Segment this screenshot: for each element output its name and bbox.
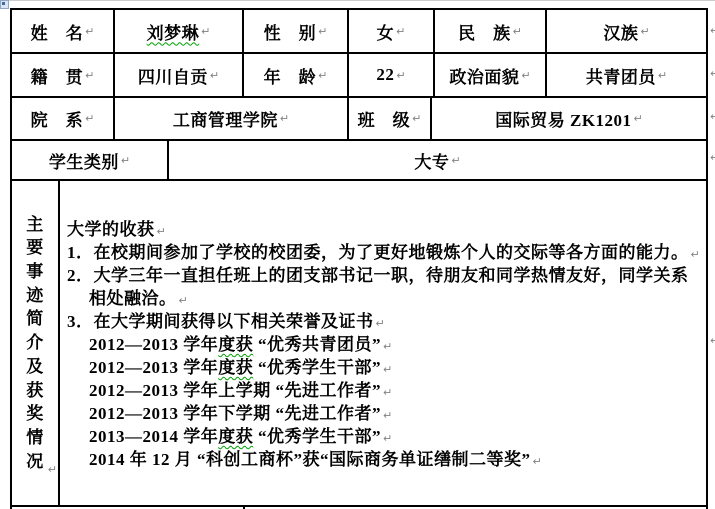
achievements-content-cell[interactable]: 大学的收获↵ 1．在校期间参加了学校的校团委，为了更好地锻炼个人的交际等各方面的…	[60, 181, 706, 505]
political-status-label-cell[interactable]: 政治面貌↵	[435, 54, 547, 96]
pilcrow-return-icon: ↵	[396, 26, 405, 37]
class-value: 国际贸易 ZK1201	[495, 106, 631, 131]
award-line: 2012—2013 学年下学期 “先进工作者”↵	[89, 402, 700, 425]
pilcrow-return-icon: ↵	[640, 26, 649, 37]
word-document-page: 姓 名↵ 刘梦琳↵ 性 别↵ 女↵ 民 族↵ 汉族↵ 籍 贯↵ 四川自贡↵ 年 …	[0, 0, 715, 509]
award-line: 2012—2013 学年上学期 “先进工作者”↵	[89, 379, 700, 402]
native-place-value-cell[interactable]: 四川自贡↵	[115, 54, 244, 96]
name-value-cell[interactable]: 刘梦琳↵	[115, 10, 244, 52]
award-line: 2013—2014 学年度获 “优秀学生干部”↵	[89, 425, 700, 448]
pilcrow-return-icon: ↵	[210, 70, 219, 81]
native-place-label-cell[interactable]: 籍 贯↵	[12, 54, 115, 96]
pilcrow-return-icon: ↵	[412, 113, 421, 124]
native-place-label: 籍 贯	[31, 63, 84, 88]
gender-label: 性 别	[264, 19, 317, 44]
achievements-label-cell[interactable]: 主 要 事 迹 简 介 及 获 奖 情 况 ↵	[12, 181, 60, 505]
age-label: 年 龄	[264, 63, 317, 88]
award-line: 2014 年 12 月 “科创工商杯”获“国际商务单证缮制二等奖”↵	[89, 448, 700, 471]
student-category-label: 学生类别	[49, 148, 119, 173]
award-line: 2012—2013 学年度获 “优秀学生干部”↵	[89, 356, 700, 379]
ethnicity-value: 汉族	[603, 19, 638, 44]
pilcrow-return-icon: ↵	[710, 334, 715, 347]
pilcrow-return-icon: ↵	[634, 113, 643, 124]
pilcrow-return-icon: ↵	[513, 26, 522, 37]
table-row: 姓 名↵ 刘梦琳↵ 性 别↵ 女↵ 民 族↵ 汉族↵	[12, 10, 706, 54]
age-label-cell[interactable]: 年 龄↵	[244, 54, 349, 96]
department-value: 工商管理学院	[173, 106, 278, 131]
student-category-label-cell[interactable]: 学生类别↵	[12, 141, 169, 179]
pilcrow-return-icon: ↵	[396, 70, 405, 81]
student-category-value-cell[interactable]: 大专↵	[169, 141, 706, 179]
pilcrow-return-icon: ↵	[85, 26, 94, 37]
pilcrow-return-icon: ↵	[157, 225, 166, 238]
pilcrow-return-icon: ↵	[48, 464, 57, 475]
pilcrow-return-icon: ↵	[691, 248, 700, 261]
achievements-line: 1．在校期间参加了学校的校团委，为了更好地锻炼个人的交际等各方面的能力。↵	[67, 241, 700, 264]
student-info-table: 姓 名↵ 刘梦琳↵ 性 别↵ 女↵ 民 族↵ 汉族↵ 籍 贯↵ 四川自贡↵ 年 …	[10, 8, 708, 509]
gender-value: 女	[377, 19, 395, 44]
pilcrow-return-icon: ↵	[383, 340, 392, 353]
table-row: 学生类别↵ 大专↵	[12, 141, 706, 181]
table-row: 籍 贯↵ 四川自贡↵ 年 龄↵ 22↵ 政治面貌↵ 共青团员↵	[12, 54, 706, 98]
ethnicity-label-cell[interactable]: 民 族↵	[435, 10, 547, 52]
page-top-divider	[0, 0, 715, 1]
political-status-label: 政治面貌	[449, 63, 519, 88]
pilcrow-return-icon: ↵	[318, 26, 327, 37]
name-label-cell[interactable]: 姓 名↵	[12, 10, 115, 52]
pilcrow-return-icon: ↵	[521, 70, 530, 81]
class-label-cell[interactable]: 班 级↵	[349, 98, 432, 139]
table-row: 院 系↵ 工商管理学院↵ 班 级↵ 国际贸易 ZK1201↵	[12, 98, 706, 141]
achievements-line: 大学的收获↵	[67, 218, 700, 241]
student-category-value: 大专	[414, 148, 449, 173]
table-move-handle-icon[interactable]	[0, 0, 9, 9]
pilcrow-return-icon: ↵	[451, 155, 460, 166]
pilcrow-return-icon: ↵	[383, 409, 392, 422]
pilcrow-return-icon: ↵	[710, 151, 715, 164]
age-value: 22	[376, 65, 394, 85]
class-label: 班 级	[358, 106, 411, 131]
pilcrow-return-icon: ↵	[658, 70, 667, 81]
pilcrow-return-icon: ↵	[710, 24, 715, 37]
age-value-cell[interactable]: 22↵	[349, 54, 435, 96]
pilcrow-return-icon: ↵	[383, 432, 392, 445]
department-label-cell[interactable]: 院 系↵	[12, 98, 115, 139]
class-value-cell[interactable]: 国际贸易 ZK1201↵	[432, 98, 706, 139]
department-label: 院 系	[31, 106, 84, 131]
achievements-line: 2．大学三年一直担任班上的团支部书记一职，待朋友和同学热情友好，同学关系	[67, 264, 700, 287]
gender-value-cell[interactable]: 女↵	[349, 10, 435, 52]
ethnicity-value-cell[interactable]: 汉族↵	[547, 10, 706, 52]
pilcrow-return-icon: ↵	[710, 67, 715, 80]
ethnicity-label: 民 族	[458, 19, 511, 44]
achievements-vertical-label: 主 要 事 迹 简 介 及 获 奖 情 况	[26, 213, 44, 474]
political-status-value-cell[interactable]: 共青团员↵	[547, 54, 706, 96]
pilcrow-return-icon: ↵	[533, 455, 542, 468]
political-status-value: 共青团员	[586, 63, 656, 88]
table-row: 主 要 事 迹 简 介 及 获 奖 情 况 ↵ 大学的收获↵ 1．在校期间参加了…	[12, 181, 706, 507]
pilcrow-return-icon: ↵	[121, 155, 130, 166]
name-label: 姓 名	[31, 19, 84, 44]
pilcrow-return-icon: ↵	[201, 26, 210, 37]
pilcrow-return-icon: ↵	[318, 70, 327, 81]
pilcrow-return-icon: ↵	[85, 70, 94, 81]
department-value-cell[interactable]: 工商管理学院↵	[115, 98, 349, 139]
pilcrow-return-icon: ↵	[710, 110, 715, 123]
native-place-value: 四川自贡	[138, 63, 208, 88]
gender-label-cell[interactable]: 性 别↵	[244, 10, 349, 52]
pilcrow-return-icon: ↵	[383, 386, 392, 399]
pilcrow-return-icon: ↵	[85, 113, 94, 124]
pilcrow-return-icon: ↵	[179, 294, 188, 307]
pilcrow-return-icon: ↵	[383, 363, 392, 376]
pilcrow-return-icon: ↵	[280, 113, 289, 124]
name-value: 刘梦琳	[147, 19, 200, 44]
achievements-line: 相处融洽。↵	[89, 287, 700, 310]
achievements-line: 3．在大学期间获得以下相关荣誉及证书↵	[67, 310, 700, 333]
award-line: 2012—2013 学年度获 “优秀共青团员”↵	[89, 333, 700, 356]
pilcrow-return-icon: ↵	[376, 317, 385, 330]
